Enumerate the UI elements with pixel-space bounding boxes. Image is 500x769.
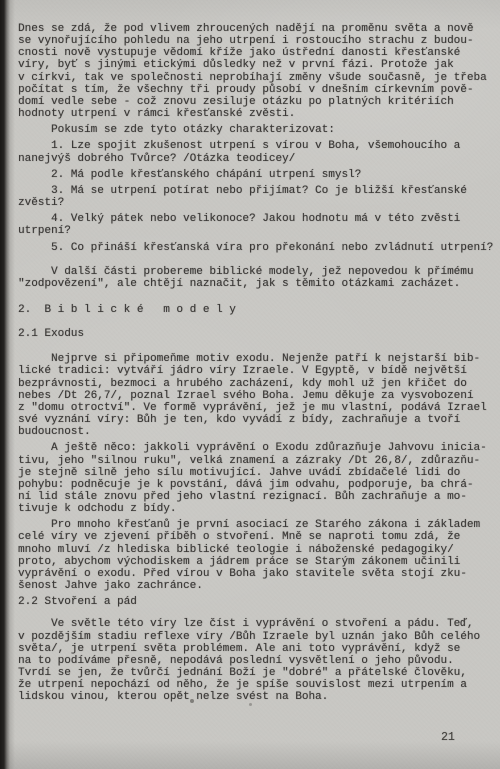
transition-paragraph: V další části probereme biblické modely,…: [18, 266, 492, 290]
exodus-paragraph-1: Nejprve si připomeňme motiv exodu. Nejen…: [18, 353, 492, 438]
question-1: 1. Lze spojit zkušenost utrpení s vírou …: [18, 140, 492, 164]
scan-edge-shadow: [0, 0, 15, 769]
page-number: 21: [441, 731, 455, 744]
question-5: 5. Co přináší křesťanská víra pro překon…: [18, 242, 492, 254]
opening-paragraph: Dnes se zdá, že pod vlivem zhroucených n…: [18, 23, 492, 120]
section-heading-biblical-models: 2. B i b l i c k é m o d e l y: [18, 304, 492, 316]
questions-intro: Pokusím se zde tyto otázky charakterizov…: [18, 124, 492, 136]
question-4: 4. Velký pátek nebo velikonoce? Jakou ho…: [18, 213, 492, 237]
subsection-heading-creation-and-fall: 2.2 Stvoření a pád: [18, 596, 492, 608]
subsection-heading-exodus: 2.1 Exodus: [18, 328, 492, 340]
creation-paragraph: Ve světle této víry lze číst i vyprávění…: [18, 618, 492, 703]
exodus-paragraph-2: A ještě něco: jakkoli vyprávění o Exodu …: [18, 442, 492, 515]
scanned-typewritten-page: Dnes se zdá, že pod vlivem zhroucených n…: [0, 0, 500, 769]
question-2: 2. Má podle křesťanského chápání utrpení…: [18, 169, 492, 181]
exodus-paragraph-3: Pro mnoho křesťanů je první asociací ze …: [18, 519, 492, 592]
question-3: 3. Má se utrpení potírat nebo přijímat? …: [18, 185, 492, 209]
